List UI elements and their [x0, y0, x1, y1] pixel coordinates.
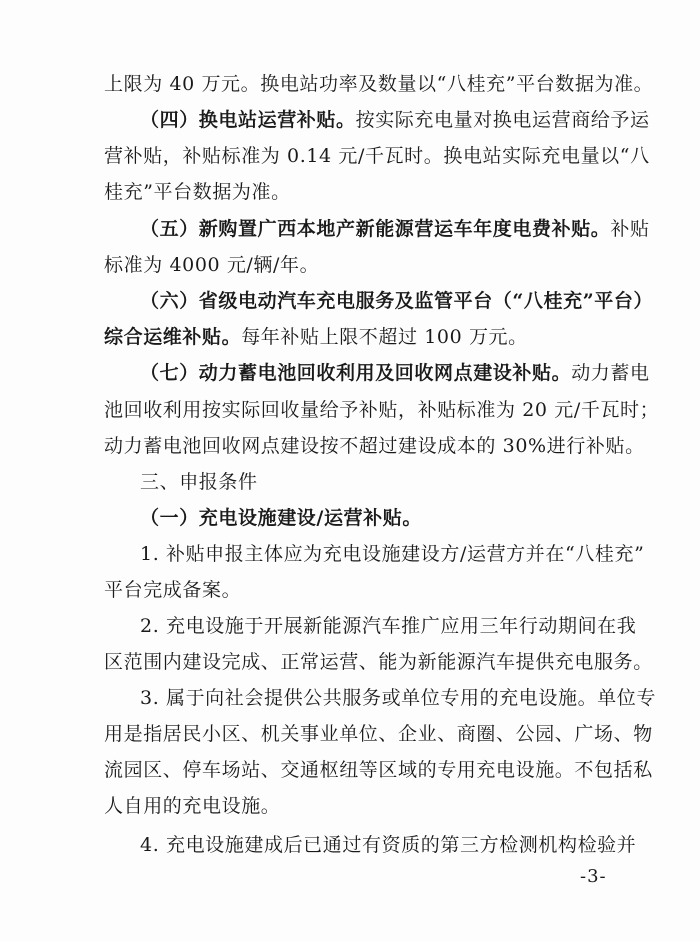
section-five-heading-line: （五）新购置广西本地产新能源营运车年度电费补贴。补贴: [140, 217, 660, 241]
document-page: 上限为 40 万元。换电站功率及数量以“八桂充”平台数据为准。（四）换电站运营补…: [0, 0, 700, 941]
section-six-heading-line: （六）省级电动汽车充电服务及监管平台（“八桂充”平台）: [140, 289, 660, 313]
paragraph-line: 营补贴，补贴标准为 0.14 元/千瓦时。换电站实际充电量以“八: [104, 144, 624, 168]
body-text: 动力蓄电: [571, 362, 649, 384]
bold-heading: （五）新购置广西本地产新能源营运车年度电费补贴。: [140, 218, 610, 240]
body-text: 标准为 4000 元/辆/年。: [104, 254, 319, 276]
body-text: 2. 充电设施于开展新能源汽车推广应用三年行动期间在我: [140, 615, 636, 637]
paragraph-line: 上限为 40 万元。换电站功率及数量以“八桂充”平台数据为准。: [104, 72, 624, 96]
body-text: 人自用的充电设施。: [104, 795, 280, 817]
body-text: 区范围内建设完成、正常运营、能为新能源汽车提供充电服务。: [104, 651, 653, 673]
body-text: 补贴: [610, 218, 649, 240]
item-two-line: 2. 充电设施于开展新能源汽车推广应用三年行动期间在我: [140, 614, 660, 638]
body-text: 桂充”平台数据为准。: [104, 181, 291, 203]
paragraph-line: 动力蓄电池回收网点建设按不超过建设成本的 30%进行补贴。: [104, 434, 624, 458]
body-text: 4. 充电设施建成后已通过有资质的第三方检测机构检验并: [140, 834, 636, 856]
body-text: 流园区、停车场站、交通枢纽等区域的专用充电设施。不包括私: [104, 759, 653, 781]
body-text: 3. 属于向社会提供公共服务或单位专用的充电设施。单位专: [140, 687, 656, 709]
body-text: 每年补贴上限不超过 100 万元。: [241, 326, 528, 348]
body-text: 平台完成备案。: [104, 579, 241, 601]
section-seven-heading-line: （七）动力蓄电池回收利用及回收网点建设补贴。动力蓄电: [140, 361, 660, 385]
body-text: 营补贴，补贴标准为 0.14 元/千瓦时。换电站实际充电量以“八: [104, 145, 650, 167]
body-text: 用是指居民小区、机关事业单位、企业、商圈、公园、广场、物: [104, 723, 653, 745]
body-text: 上限为 40 万元。换电站功率及数量以“八桂充”平台数据为准。: [104, 73, 653, 95]
paragraph-line: 人自用的充电设施。: [104, 794, 624, 818]
bold-heading: 综合运维补贴。: [104, 326, 241, 348]
paragraph-line: 平台完成备案。: [104, 578, 624, 602]
bold-heading: （六）省级电动汽车充电服务及监管平台（“八桂充”平台）: [140, 290, 653, 312]
paragraph-line: 桂充”平台数据为准。: [104, 180, 624, 204]
body-text: 1. 补贴申报主体应为充电设施建设方/运营方并在“八桂充”: [140, 543, 644, 565]
item-one-line: 1. 补贴申报主体应为充电设施建设方/运营方并在“八桂充”: [140, 542, 660, 566]
body-text: 池回收利用按实际回收量给予补贴，补贴标准为 20 元/千瓦时；: [104, 399, 659, 421]
body-text: 三、申报条件: [140, 471, 258, 493]
paragraph-line: 标准为 4000 元/辆/年。: [104, 253, 624, 277]
item-three-line: 3. 属于向社会提供公共服务或单位专用的充电设施。单位专: [140, 686, 660, 710]
bold-heading: （七）动力蓄电池回收利用及回收网点建设补贴。: [140, 362, 571, 384]
section-four-heading-line: （四）换电站运营补贴。按实际充电量对换电运营商给予运: [140, 108, 660, 132]
paragraph-line: 区范围内建设完成、正常运营、能为新能源汽车提供充电服务。: [104, 650, 624, 674]
page-number: -3-: [580, 866, 607, 888]
bold-heading: （一）充电设施建设/运营补贴。: [140, 507, 422, 529]
paragraph-line: 流园区、停车场站、交通枢纽等区域的专用充电设施。不包括私: [104, 758, 624, 782]
body-text: 动力蓄电池回收网点建设按不超过建设成本的 30%进行补贴。: [104, 435, 645, 457]
chapter-three-heading: 三、申报条件: [140, 470, 660, 494]
paragraph-line: 池回收利用按实际回收量给予补贴，补贴标准为 20 元/千瓦时；: [104, 398, 624, 422]
item-four-line: 4. 充电设施建成后已通过有资质的第三方检测机构检验并: [140, 833, 660, 857]
paragraph-line: 综合运维补贴。每年补贴上限不超过 100 万元。: [104, 325, 624, 349]
bold-heading: （四）换电站运营补贴。: [140, 109, 356, 131]
paragraph-line: 用是指居民小区、机关事业单位、企业、商圈、公园、广场、物: [104, 722, 624, 746]
subsection-one-heading: （一）充电设施建设/运营补贴。: [140, 506, 660, 530]
body-text: 按实际充电量对换电运营商给予运: [356, 109, 650, 131]
